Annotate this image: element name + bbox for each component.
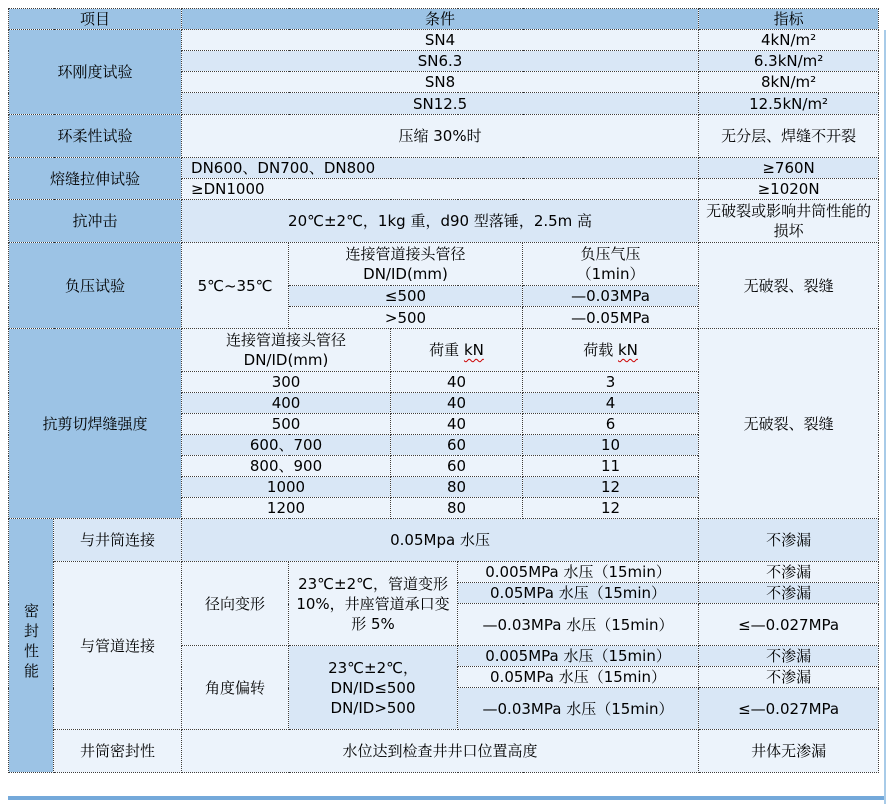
shear-row-diameter: 600、700 bbox=[182, 435, 391, 456]
ind-sn8: 8kN/m² bbox=[699, 72, 879, 93]
sealing-radial-label: 径向变形 bbox=[182, 562, 289, 646]
cond-sn8: SN8 bbox=[182, 72, 699, 93]
np-diameter-header: 连接管道接头管径 DN/ID(mm) bbox=[289, 243, 523, 286]
shear-diameter-header-line1: 连接管道接头管径 bbox=[185, 330, 387, 350]
np-pressure-header: 负压气压 （1min） bbox=[523, 243, 699, 286]
shear-diameter-header-line2: DN/ID(mm) bbox=[185, 350, 387, 370]
sealing-angular-cond-line2: DN/ID>500 bbox=[292, 698, 454, 718]
cond-sn12-5: SN12.5 bbox=[182, 93, 699, 115]
cond-sn4: SN4 bbox=[182, 30, 699, 51]
shear-row-force: 12 bbox=[523, 498, 699, 519]
sealing-pipe-connection-label: 与管道连接 bbox=[54, 562, 182, 730]
shear-row-diameter: 400 bbox=[182, 393, 391, 414]
ind-weld-tensile-dn1000: ≥1020N bbox=[699, 179, 879, 200]
cond-sn6-3: SN6.3 bbox=[182, 51, 699, 72]
sealing-angular-pressure: 0.005MPa 水压（15min） bbox=[458, 646, 699, 667]
shear-row-force: 10 bbox=[523, 435, 699, 456]
sealing-radial-ind: 不渗漏 bbox=[699, 583, 879, 604]
shear-load-header: 荷重 kN bbox=[391, 329, 523, 372]
shear-row-force: 11 bbox=[523, 456, 699, 477]
ind-sn6-3: 6.3kN/m² bbox=[699, 51, 879, 72]
shear-row-load: 60 bbox=[391, 435, 523, 456]
sealing-angular-pressure: 0.05MPa 水压（15min） bbox=[458, 667, 699, 688]
shear-row-load: 40 bbox=[391, 414, 523, 435]
sealing-shaft-connection-label: 与井筒连接 bbox=[54, 519, 182, 562]
shear-row-force: 12 bbox=[523, 477, 699, 498]
item-weld-tensile: 熔缝拉伸试验 bbox=[9, 158, 182, 200]
sealing-angular-label: 角度偏转 bbox=[182, 646, 289, 730]
ind-sn12-5: 12.5kN/m² bbox=[699, 93, 879, 115]
shear-diameter-header: 连接管道接头管径 DN/ID(mm) bbox=[182, 329, 391, 372]
item-ring-flexibility: 环柔性试验 bbox=[9, 115, 182, 158]
sealing-radial-ind: 不渗漏 bbox=[699, 562, 879, 583]
np-diameter-header-line1: 连接管道接头管径 bbox=[292, 244, 519, 264]
sealing-radial-cond: 23℃±2℃，管道变形10%，井座管道承口变形 5% bbox=[289, 562, 458, 646]
bottom-frame-line bbox=[8, 796, 886, 800]
sealing-angular-cond-line1: 23℃±2℃，DN/ID≤500 bbox=[292, 658, 454, 698]
ind-negative-pressure: 无破裂、裂缝 bbox=[699, 243, 879, 329]
sealing-angular-cond: 23℃±2℃，DN/ID≤500 DN/ID>500 bbox=[289, 646, 458, 730]
item-negative-pressure: 负压试验 bbox=[9, 243, 182, 329]
shear-row-load: 40 bbox=[391, 372, 523, 393]
np-pressure-header-line2: （1min） bbox=[526, 264, 695, 284]
cond-weld-tensile-dn1000: ≥DN1000 bbox=[182, 179, 699, 200]
np-pressure-gt500: —0.05MPa bbox=[523, 307, 699, 329]
np-diameter-le500: ≤500 bbox=[289, 286, 523, 307]
sealing-shaft-sealing-label: 井筒密封性 bbox=[54, 730, 182, 773]
sealing-shaft-sealing-cond: 水位达到检查井井口位置高度 bbox=[182, 730, 699, 773]
np-pressure-le500: —0.03MPa bbox=[523, 286, 699, 307]
item-impact: 抗冲击 bbox=[9, 200, 182, 243]
sealing-angular-ind: 不渗漏 bbox=[699, 667, 879, 688]
item-shear-weld: 抗剪切焊缝强度 bbox=[9, 329, 182, 519]
np-pressure-header-line1: 负压气压 bbox=[526, 244, 695, 264]
sealing-radial-ind: ≤—0.027MPa bbox=[699, 604, 879, 646]
shear-row-diameter: 800、900 bbox=[182, 456, 391, 477]
sealing-angular-pressure: —0.03MPa 水压（15min） bbox=[458, 688, 699, 730]
shear-row-force: 4 bbox=[523, 393, 699, 414]
np-diameter-gt500: >500 bbox=[289, 307, 523, 329]
sealing-shaft-sealing-ind: 井体无渗漏 bbox=[699, 730, 879, 773]
cond-np-temperature: 5℃~35℃ bbox=[182, 243, 289, 329]
sealing-shaft-connection-cond: 0.05Mpa 水压 bbox=[182, 519, 699, 562]
sealing-shaft-connection-ind: 不渗漏 bbox=[699, 519, 879, 562]
column-header-item: 项目 bbox=[9, 9, 182, 30]
sealing-radial-pressure: 0.005MPa 水压（15min） bbox=[458, 562, 699, 583]
sealing-angular-ind: 不渗漏 bbox=[699, 646, 879, 667]
cond-weld-tensile-dn600: DN600、DN700、DN800 bbox=[182, 158, 699, 179]
item-sealing-performance: 密封性能 bbox=[9, 519, 54, 773]
sealing-radial-pressure: 0.05MPa 水压（15min） bbox=[458, 583, 699, 604]
sealing-radial-pressure: —0.03MPa 水压（15min） bbox=[458, 604, 699, 646]
shear-row-force: 6 bbox=[523, 414, 699, 435]
ind-weld-tensile-dn600: ≥760N bbox=[699, 158, 879, 179]
sealing-angular-ind: ≤—0.027MPa bbox=[699, 688, 879, 730]
force-unit: kN bbox=[618, 341, 638, 359]
cond-ring-flexibility: 压缩 30%时 bbox=[182, 115, 699, 158]
shear-row-diameter: 300 bbox=[182, 372, 391, 393]
ind-impact: 无破裂或影响井筒性能的损坏 bbox=[699, 200, 879, 243]
item-ring-stiffness: 环刚度试验 bbox=[9, 30, 182, 115]
ind-shear-weld: 无破裂、裂缝 bbox=[699, 329, 879, 519]
cond-impact: 20℃±2℃，1kg 重，d90 型落锤，2.5m 高 bbox=[182, 200, 699, 243]
ind-sn4: 4kN/m² bbox=[699, 30, 879, 51]
shear-row-diameter: 1200 bbox=[182, 498, 391, 519]
shear-row-load: 80 bbox=[391, 498, 523, 519]
shear-row-diameter: 500 bbox=[182, 414, 391, 435]
shear-force-header: 荷载 kN bbox=[523, 329, 699, 372]
load-unit: kN bbox=[464, 341, 484, 359]
shear-row-diameter: 1000 bbox=[182, 477, 391, 498]
spec-table: 项目 条件 指标 环刚度试验 SN4 4kN/m² SN6.3 6.3kN/m²… bbox=[8, 8, 879, 773]
np-diameter-header-line2: DN/ID(mm) bbox=[292, 264, 519, 284]
shear-row-force: 3 bbox=[523, 372, 699, 393]
shear-row-load: 60 bbox=[391, 456, 523, 477]
shear-row-load: 80 bbox=[391, 477, 523, 498]
column-header-indicator: 指标 bbox=[699, 9, 879, 30]
ind-ring-flexibility: 无分层、焊缝不开裂 bbox=[699, 115, 879, 158]
page: 项目 条件 指标 环刚度试验 SN4 4kN/m² SN6.3 6.3kN/m²… bbox=[0, 0, 886, 804]
column-header-condition: 条件 bbox=[182, 9, 699, 30]
shear-row-load: 40 bbox=[391, 393, 523, 414]
